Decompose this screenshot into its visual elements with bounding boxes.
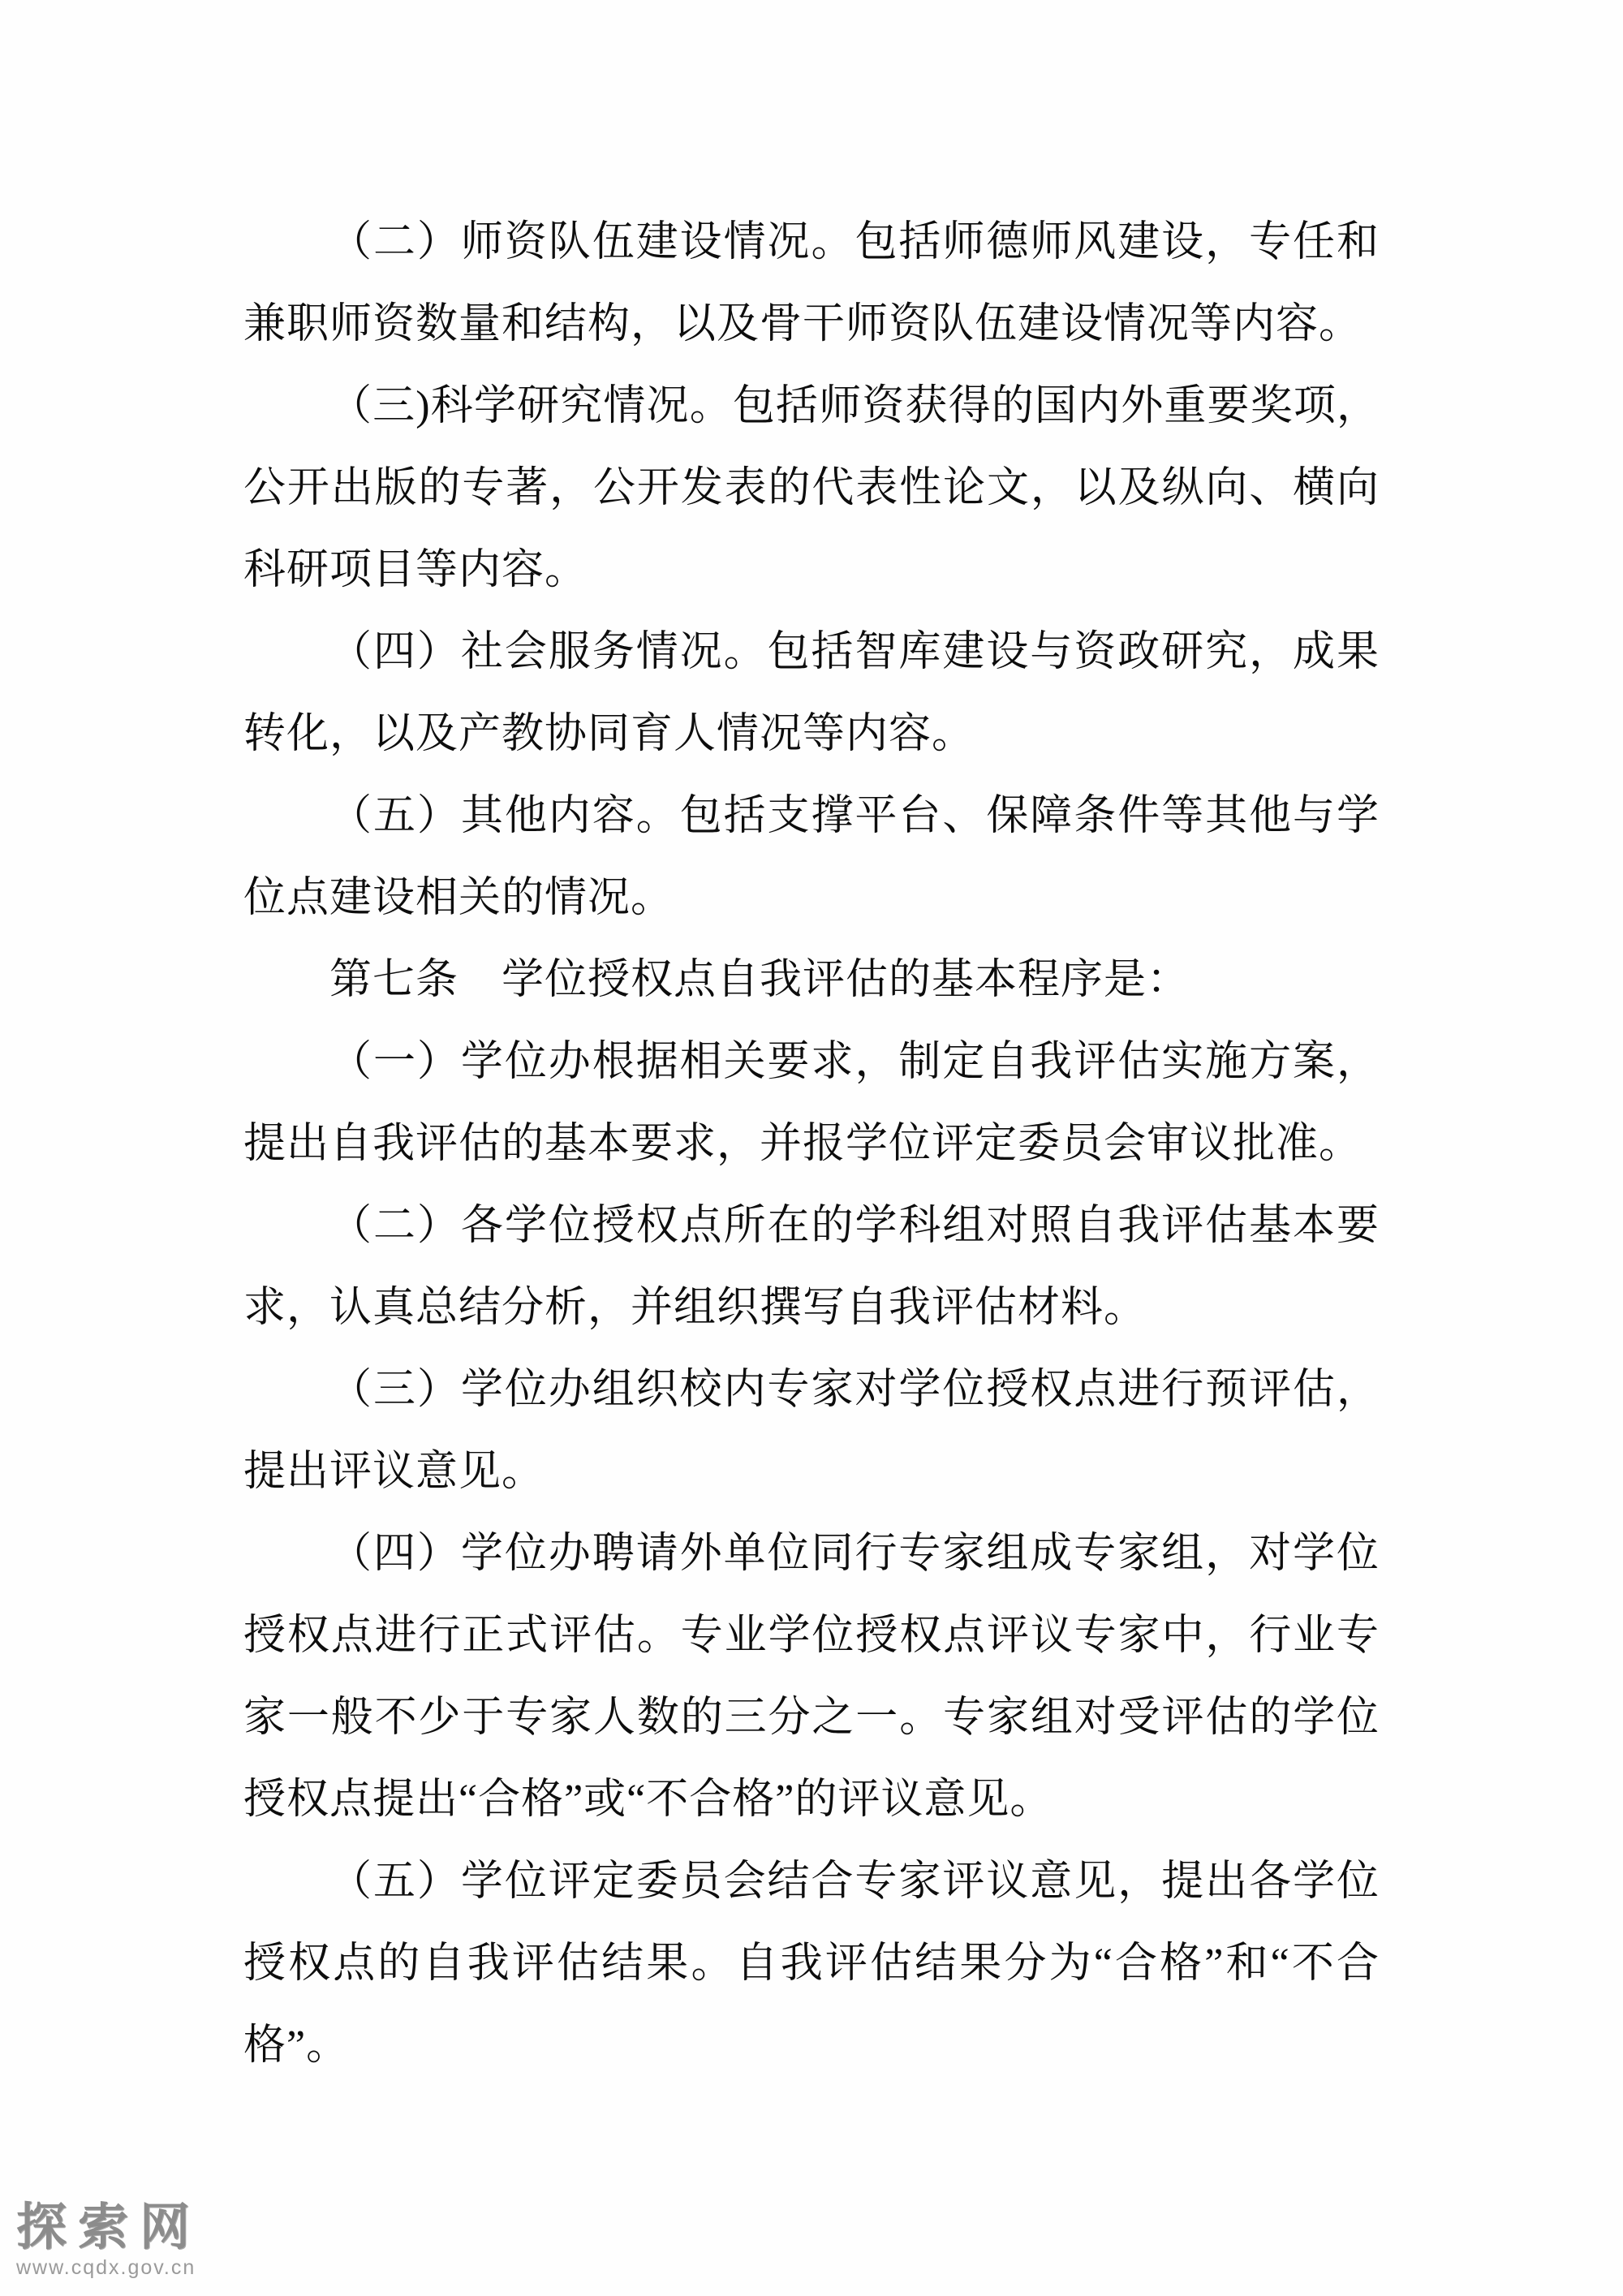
text-line: （三)科学研究情况。包括师资获得的国内外重要奖项， <box>243 365 1380 447</box>
text-line: 位点建设相关的情况。 <box>243 857 1380 939</box>
document-body-text: （二）师资队伍建设情况。包括师德师风建设，专任和 兼职师资数量和结构，以及骨干师… <box>243 201 1380 2087</box>
text-line: 提出评议意见。 <box>243 1431 1380 1513</box>
watermark-url: www.cqdx.gov.cn <box>16 2256 260 2279</box>
text-line: （五）学位评定委员会结合专家评议意见，提出各学位 <box>243 1841 1380 1923</box>
text-line: （五）其他内容。包括支撑平台、保障条件等其他与学 <box>243 775 1380 857</box>
text-line: （四）学位办聘请外单位同行专家组成专家组，对学位 <box>243 1513 1380 1595</box>
watermark: 探索网 www.cqdx.gov.cn <box>16 2199 260 2279</box>
text-line: 授权点进行正式评估。专业学位授权点评议专家中，行业专 <box>243 1595 1380 1677</box>
text-line: 家一般不少于专家人数的三分之一。专家组对受评估的学位 <box>243 1677 1380 1759</box>
text-line: （四）社会服务情况。包括智库建设与资政研究，成果 <box>243 611 1380 693</box>
text-line: 授权点提出“合格”或“不合格”的评议意见。 <box>243 1759 1380 1841</box>
scanned-document-page: （二）师资队伍建设情况。包括师德师风建设，专任和 兼职师资数量和结构，以及骨干师… <box>0 0 1623 2296</box>
text-line: 求，认真总结分析，并组织撰写自我评估材料。 <box>243 1267 1380 1349</box>
text-line: 兼职师资数量和结构，以及骨干师资队伍建设情况等内容。 <box>243 283 1380 365</box>
text-line: （二）各学位授权点所在的学科组对照自我评估基本要 <box>243 1185 1380 1267</box>
watermark-site-name: 探索网 <box>16 2199 260 2256</box>
text-line: 转化，以及产教协同育人情况等内容。 <box>243 693 1380 775</box>
text-line: （一）学位办根据相关要求，制定自我评估实施方案， <box>243 1021 1380 1103</box>
text-line: 公开出版的专著，公开发表的代表性论文，以及纵向、横向 <box>243 447 1380 529</box>
text-line: 格”。 <box>243 2005 1380 2087</box>
text-line: 科研项目等内容。 <box>243 529 1380 611</box>
text-line: 提出自我评估的基本要求，并报学位评定委员会审议批准。 <box>243 1103 1380 1185</box>
text-line: 授权点的自我评估结果。自我评估结果分为“合格”和“不合 <box>243 1923 1380 2005</box>
text-line: （三）学位办组织校内专家对学位授权点进行预评估， <box>243 1349 1380 1431</box>
text-line: （二）师资队伍建设情况。包括师德师风建设，专任和 <box>243 201 1380 283</box>
text-line: 第七条 学位授权点自我评估的基本程序是： <box>243 939 1380 1021</box>
